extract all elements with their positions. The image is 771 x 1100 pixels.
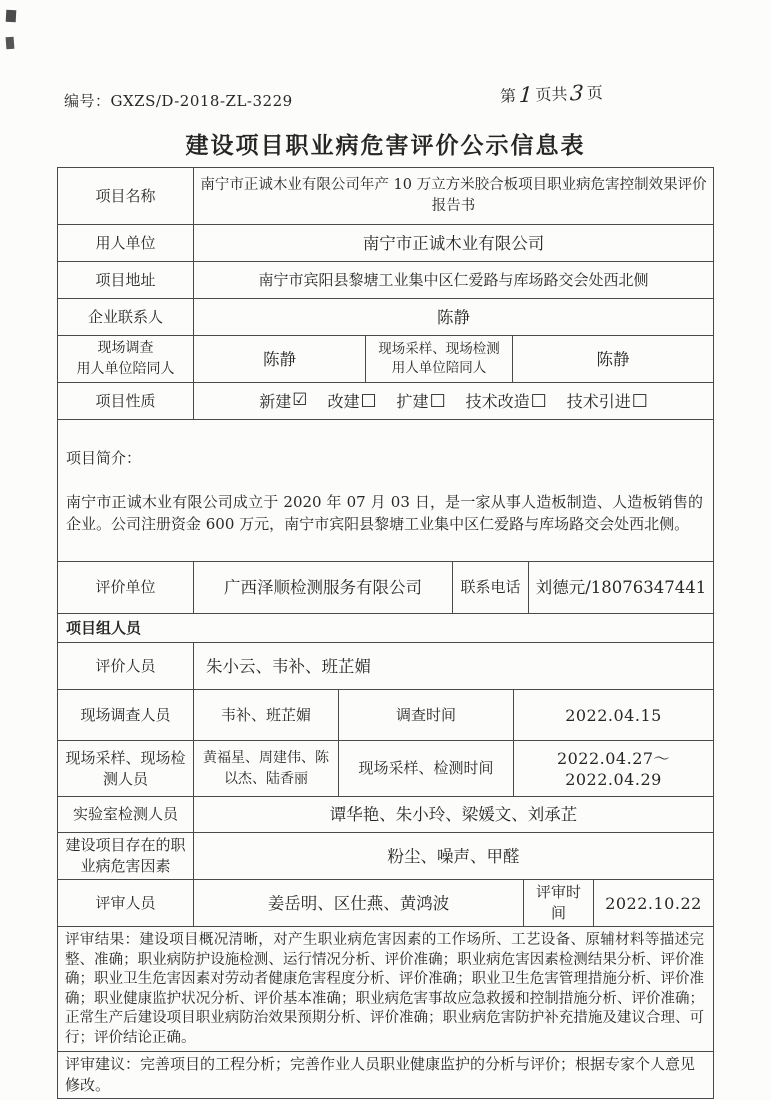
checkbox-empty-icon: □ (430, 392, 446, 409)
row-lab-staff: 实验室检测人员 谭华艳、朱小玲、梁媛文、刘承芷 (58, 797, 713, 833)
review-staff-value: 姜岳明、区仕燕、黄鸿波 (194, 880, 524, 926)
option-expansion: 扩建□ (397, 391, 446, 412)
evaluation-org-value: 广西泽顺检测服务有限公司 (194, 562, 453, 613)
info-table: 项目名称 南宁市正诚木业有限公司年产 10 万立方米胶合板项目职业病危害控制效果… (57, 167, 714, 1099)
evaluation-org-label: 评价单位 (58, 562, 194, 613)
row-hazard-factors: 建设项目存在的职 业病危害因素 粉尘、噪声、甲醛 (58, 833, 713, 880)
option-label: 新建 (259, 391, 291, 412)
option-new-construction: 新建☑ (259, 391, 307, 412)
evaluators-label: 评价人员 (58, 643, 194, 689)
row-company-contact: 企业联系人 陈静 (58, 299, 713, 336)
option-label: 改建 (327, 391, 359, 412)
site-survey-escort-label: 现场调查 用人单位陪同人 (58, 336, 194, 382)
row-project-address: 项目地址 南宁市宾阳县黎塘工业集中区仁爱路与库场路交会处西北侧 (58, 262, 713, 299)
option-reconstruction: 改建□ (327, 391, 376, 412)
contact-phone-value: 刘德元/18076347441 (529, 562, 713, 613)
option-label: 技术改造 (466, 391, 530, 412)
project-address-label: 项目地址 (58, 262, 194, 298)
hazard-factors-value: 粉尘、噪声、甲醛 (194, 833, 713, 879)
row-project-brief: 项目简介： 南宁市正诚木业有限公司成立于 2020 年 07 月 03 日，是一… (58, 420, 713, 562)
review-time-value: 2022.10.22 (594, 880, 713, 926)
project-address-value: 南宁市宾阳县黎塘工业集中区仁爱路与库场路交会处西北侧 (194, 262, 713, 298)
scanned-document-page: 编号：GXZS/D-2018-ZL-3229 第1页共3页 建设项目职业病危害评… (0, 0, 771, 1100)
row-evaluators: 评价人员 朱小云、韦补、班芷媚 (58, 643, 713, 690)
page-current-handwritten: 1 (515, 85, 536, 107)
sampling-staff-value: 黄福星、周建伟、陈以杰、陆香丽 (194, 741, 339, 796)
row-survey-staff: 现场调查人员 韦补、班芷媚 调查时间 2022.04.15 (58, 690, 713, 741)
row-evaluation-org: 评价单位 广西泽顺检测服务有限公司 联系电话 刘德元/18076347441 (58, 562, 713, 614)
page-indicator-prefix: 第 (500, 86, 517, 106)
row-team-header: 项目组人员 (58, 614, 713, 643)
checkbox-empty-icon: □ (531, 392, 547, 409)
sampling-time-value: 2022.04.27～ 2022.04.29 (514, 741, 713, 796)
scan-artifact (6, 10, 17, 23)
survey-time-label: 调查时间 (339, 690, 514, 740)
row-site-survey-escort: 现场调查 用人单位陪同人 陈静 现场采样、现场检测 用人单位陪同人 陈静 (58, 336, 713, 383)
hazard-factors-label: 建设项目存在的职 业病危害因素 (58, 833, 194, 879)
checkbox-checked-icon: ☑ (292, 392, 307, 409)
project-name-value: 南宁市正诚木业有限公司年产 10 万立方米胶合板项目职业病危害控制效果评价报告书 (194, 168, 713, 224)
project-nature-label: 项目性质 (58, 383, 194, 419)
team-header-label: 项目组人员 (58, 614, 713, 642)
option-tech-import: 技术引进□ (567, 391, 648, 412)
lab-staff-label: 实验室检测人员 (58, 797, 194, 832)
page-title: 建设项目职业病危害评价公示信息表 (0, 127, 771, 160)
survey-staff-value: 韦补、班芷媚 (194, 690, 339, 740)
row-employer: 用人单位 南宁市正诚木业有限公司 (58, 225, 713, 262)
review-result-text: 评审结果：建设项目概况清晰，对产生职业病危害因素的工作场所、工艺设备、原辅材料等… (58, 927, 713, 1051)
evaluators-value: 朱小云、韦补、班芷媚 (194, 643, 713, 689)
page-total-handwritten: 3 (567, 83, 588, 105)
review-suggestion-text: 评审建议：完善项目的工程分析；完善作业人员职业健康监护的分析与评价；根据专家个人… (58, 1052, 713, 1098)
review-staff-label: 评审人员 (58, 880, 194, 926)
lab-staff-value: 谭华艳、朱小玲、梁媛文、刘承芷 (194, 797, 713, 832)
employer-value: 南宁市正诚木业有限公司 (194, 225, 713, 261)
sampling-escort-value: 陈静 (513, 336, 713, 382)
project-name-label: 项目名称 (58, 168, 194, 224)
survey-time-value: 2022.04.15 (514, 690, 713, 740)
option-tech-upgrade: 技术改造□ (466, 391, 547, 412)
row-review-staff: 评审人员 姜岳明、区仕燕、黄鸿波 评审时间 2022.10.22 (58, 880, 713, 927)
company-contact-label: 企业联系人 (58, 299, 194, 335)
project-brief-label: 项目简介： (66, 447, 703, 469)
site-survey-escort-value: 陈静 (194, 336, 366, 382)
scan-artifact (6, 37, 15, 50)
employer-label: 用人单位 (58, 225, 194, 261)
review-time-label: 评审时间 (524, 880, 594, 926)
option-label: 技术引进 (567, 391, 631, 412)
project-nature-options: 新建☑ 改建□ 扩建□ 技术改造□ 技术引进□ (194, 383, 713, 419)
sampling-staff-label: 现场采样、现场检 测人员 (58, 741, 194, 796)
row-review-result: 评审结果：建设项目概况清晰，对产生职业病危害因素的工作场所、工艺设备、原辅材料等… (58, 927, 713, 1052)
survey-staff-label: 现场调查人员 (58, 690, 194, 740)
page-indicator-middle: 页共 (535, 84, 568, 104)
company-contact-value: 陈静 (194, 299, 713, 335)
checkbox-empty-icon: □ (632, 392, 648, 409)
row-review-suggestion: 评审建议：完善项目的工程分析；完善作业人员职业健康监护的分析与评价；根据专家个人… (58, 1052, 713, 1098)
page-indicator: 第1页共3页 (500, 80, 604, 107)
row-project-nature: 项目性质 新建☑ 改建□ 扩建□ 技术改造□ 技术引进□ (58, 383, 713, 420)
project-brief-text: 南宁市正诚木业有限公司成立于 2020 年 07 月 03 日，是一家从事人造板… (66, 491, 703, 535)
sampling-time-label: 现场采样、检测时间 (339, 741, 514, 796)
contact-phone-label: 联系电话 (453, 562, 529, 613)
doc-number: 编号：GXZS/D-2018-ZL-3229 (64, 90, 293, 111)
option-label: 扩建 (397, 391, 429, 412)
row-sampling-staff: 现场采样、现场检 测人员 黄福星、周建伟、陈以杰、陆香丽 现场采样、检测时间 2… (58, 741, 713, 797)
page-indicator-suffix: 页 (586, 83, 603, 103)
sampling-escort-label: 现场采样、现场检测 用人单位陪同人 (366, 336, 513, 382)
row-project-name: 项目名称 南宁市正诚木业有限公司年产 10 万立方米胶合板项目职业病危害控制效果… (58, 168, 713, 225)
checkbox-empty-icon: □ (360, 392, 376, 409)
